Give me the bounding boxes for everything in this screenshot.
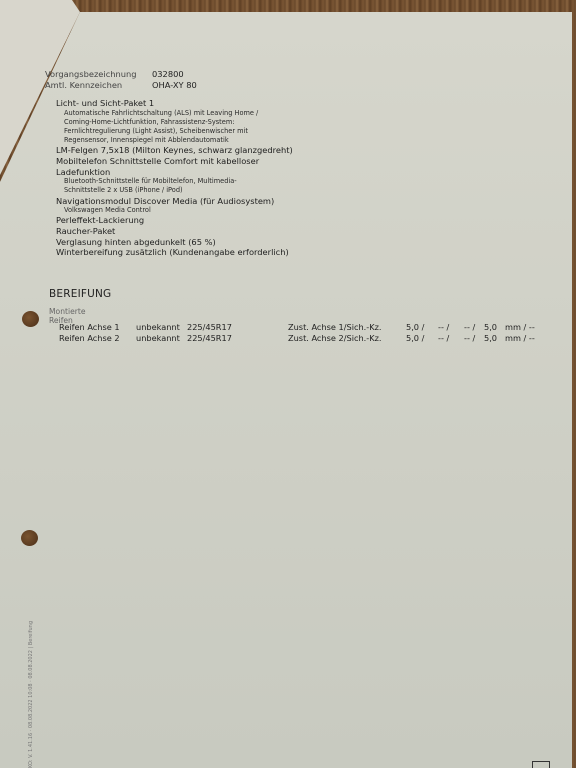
tire-v1: 5,0 / <box>406 322 424 332</box>
tire-extra: Zust. Achse 2/Sich.-Kz. <box>288 333 382 343</box>
tire-name: Reifen Achse 2 <box>59 333 120 343</box>
equipment-item: Licht- und Sicht-Paket 1 <box>56 98 316 109</box>
field-label: Vorgangsbezeichnung <box>45 69 137 79</box>
tire-v3: -- / <box>464 333 475 343</box>
equipment-item: Mobiltelefon Schnittstelle Comfort mit k… <box>56 156 316 167</box>
punch-hole-icon <box>21 530 38 546</box>
field-value: OHA-XY 80 <box>152 80 197 90</box>
equipment-detail: Coming-Home-Lichtfunktion, Fahrassistenz… <box>56 118 316 127</box>
equipment-detail: Schnittstelle 2 x USB (iPhone / iPod) <box>56 186 316 195</box>
equipment-list: Licht- und Sicht-Paket 1Automatische Fah… <box>56 98 316 258</box>
field-label: Amtl. Kennzeichen <box>45 80 122 90</box>
tire-v3: -- / <box>464 322 475 332</box>
punch-hole-icon <box>22 311 39 327</box>
equipment-item: LM-Felgen 7,5x18 (Milton Keynes, schwarz… <box>56 145 316 156</box>
tire-brand: unbekannt <box>136 333 180 343</box>
equipment-detail: Regensensor, Innenspiegel mit Abblendaut… <box>56 136 316 145</box>
equipment-item: Verglasung hinten abgedunkelt (65 %) <box>56 237 316 248</box>
tire-size: 225/45R17 <box>187 322 232 332</box>
equipment-item: Raucher-Paket <box>56 226 316 237</box>
equipment-item: Navigationsmodul Discover Media (für Aud… <box>56 196 316 207</box>
equipment-detail: Automatische Fahrlichtschaltung (ALS) mi… <box>56 109 316 118</box>
field-value: 032800 <box>152 69 184 79</box>
tire-extra: Zust. Achse 1/Sich.-Kz. <box>288 322 382 332</box>
corner-mark-icon <box>532 761 550 768</box>
tire-v4: 5,0 <box>484 333 497 343</box>
tire-v2: -- / <box>438 322 449 332</box>
vertical-footer-text: KO: V. 1.41.16 · 08.08.2022 10:08 · 08.0… <box>28 621 34 768</box>
equipment-item: Ladefunktion <box>56 167 316 178</box>
tire-v1: 5,0 / <box>406 333 424 343</box>
tire-unit: mm / -- <box>505 333 535 343</box>
section-title: BEREIFUNG <box>49 288 111 300</box>
equipment-detail: Fernlichtregulierung (Light Assist), Sch… <box>56 127 316 136</box>
equipment-item: Perleffekt-Lackierung <box>56 215 316 226</box>
equipment-detail: Bluetooth-Schnittstelle für Mobiltelefon… <box>56 177 316 186</box>
tire-size: 225/45R17 <box>187 333 232 343</box>
tire-v4: 5,0 <box>484 322 497 332</box>
tire-name: Reifen Achse 1 <box>59 322 120 332</box>
tire-v2: -- / <box>438 333 449 343</box>
tire-brand: unbekannt <box>136 322 180 332</box>
equipment-detail: Volkswagen Media Control <box>56 206 316 215</box>
tire-unit: mm / -- <box>505 322 535 332</box>
equipment-item: Winterbereifung zusätzlich (Kundenangabe… <box>56 247 316 258</box>
